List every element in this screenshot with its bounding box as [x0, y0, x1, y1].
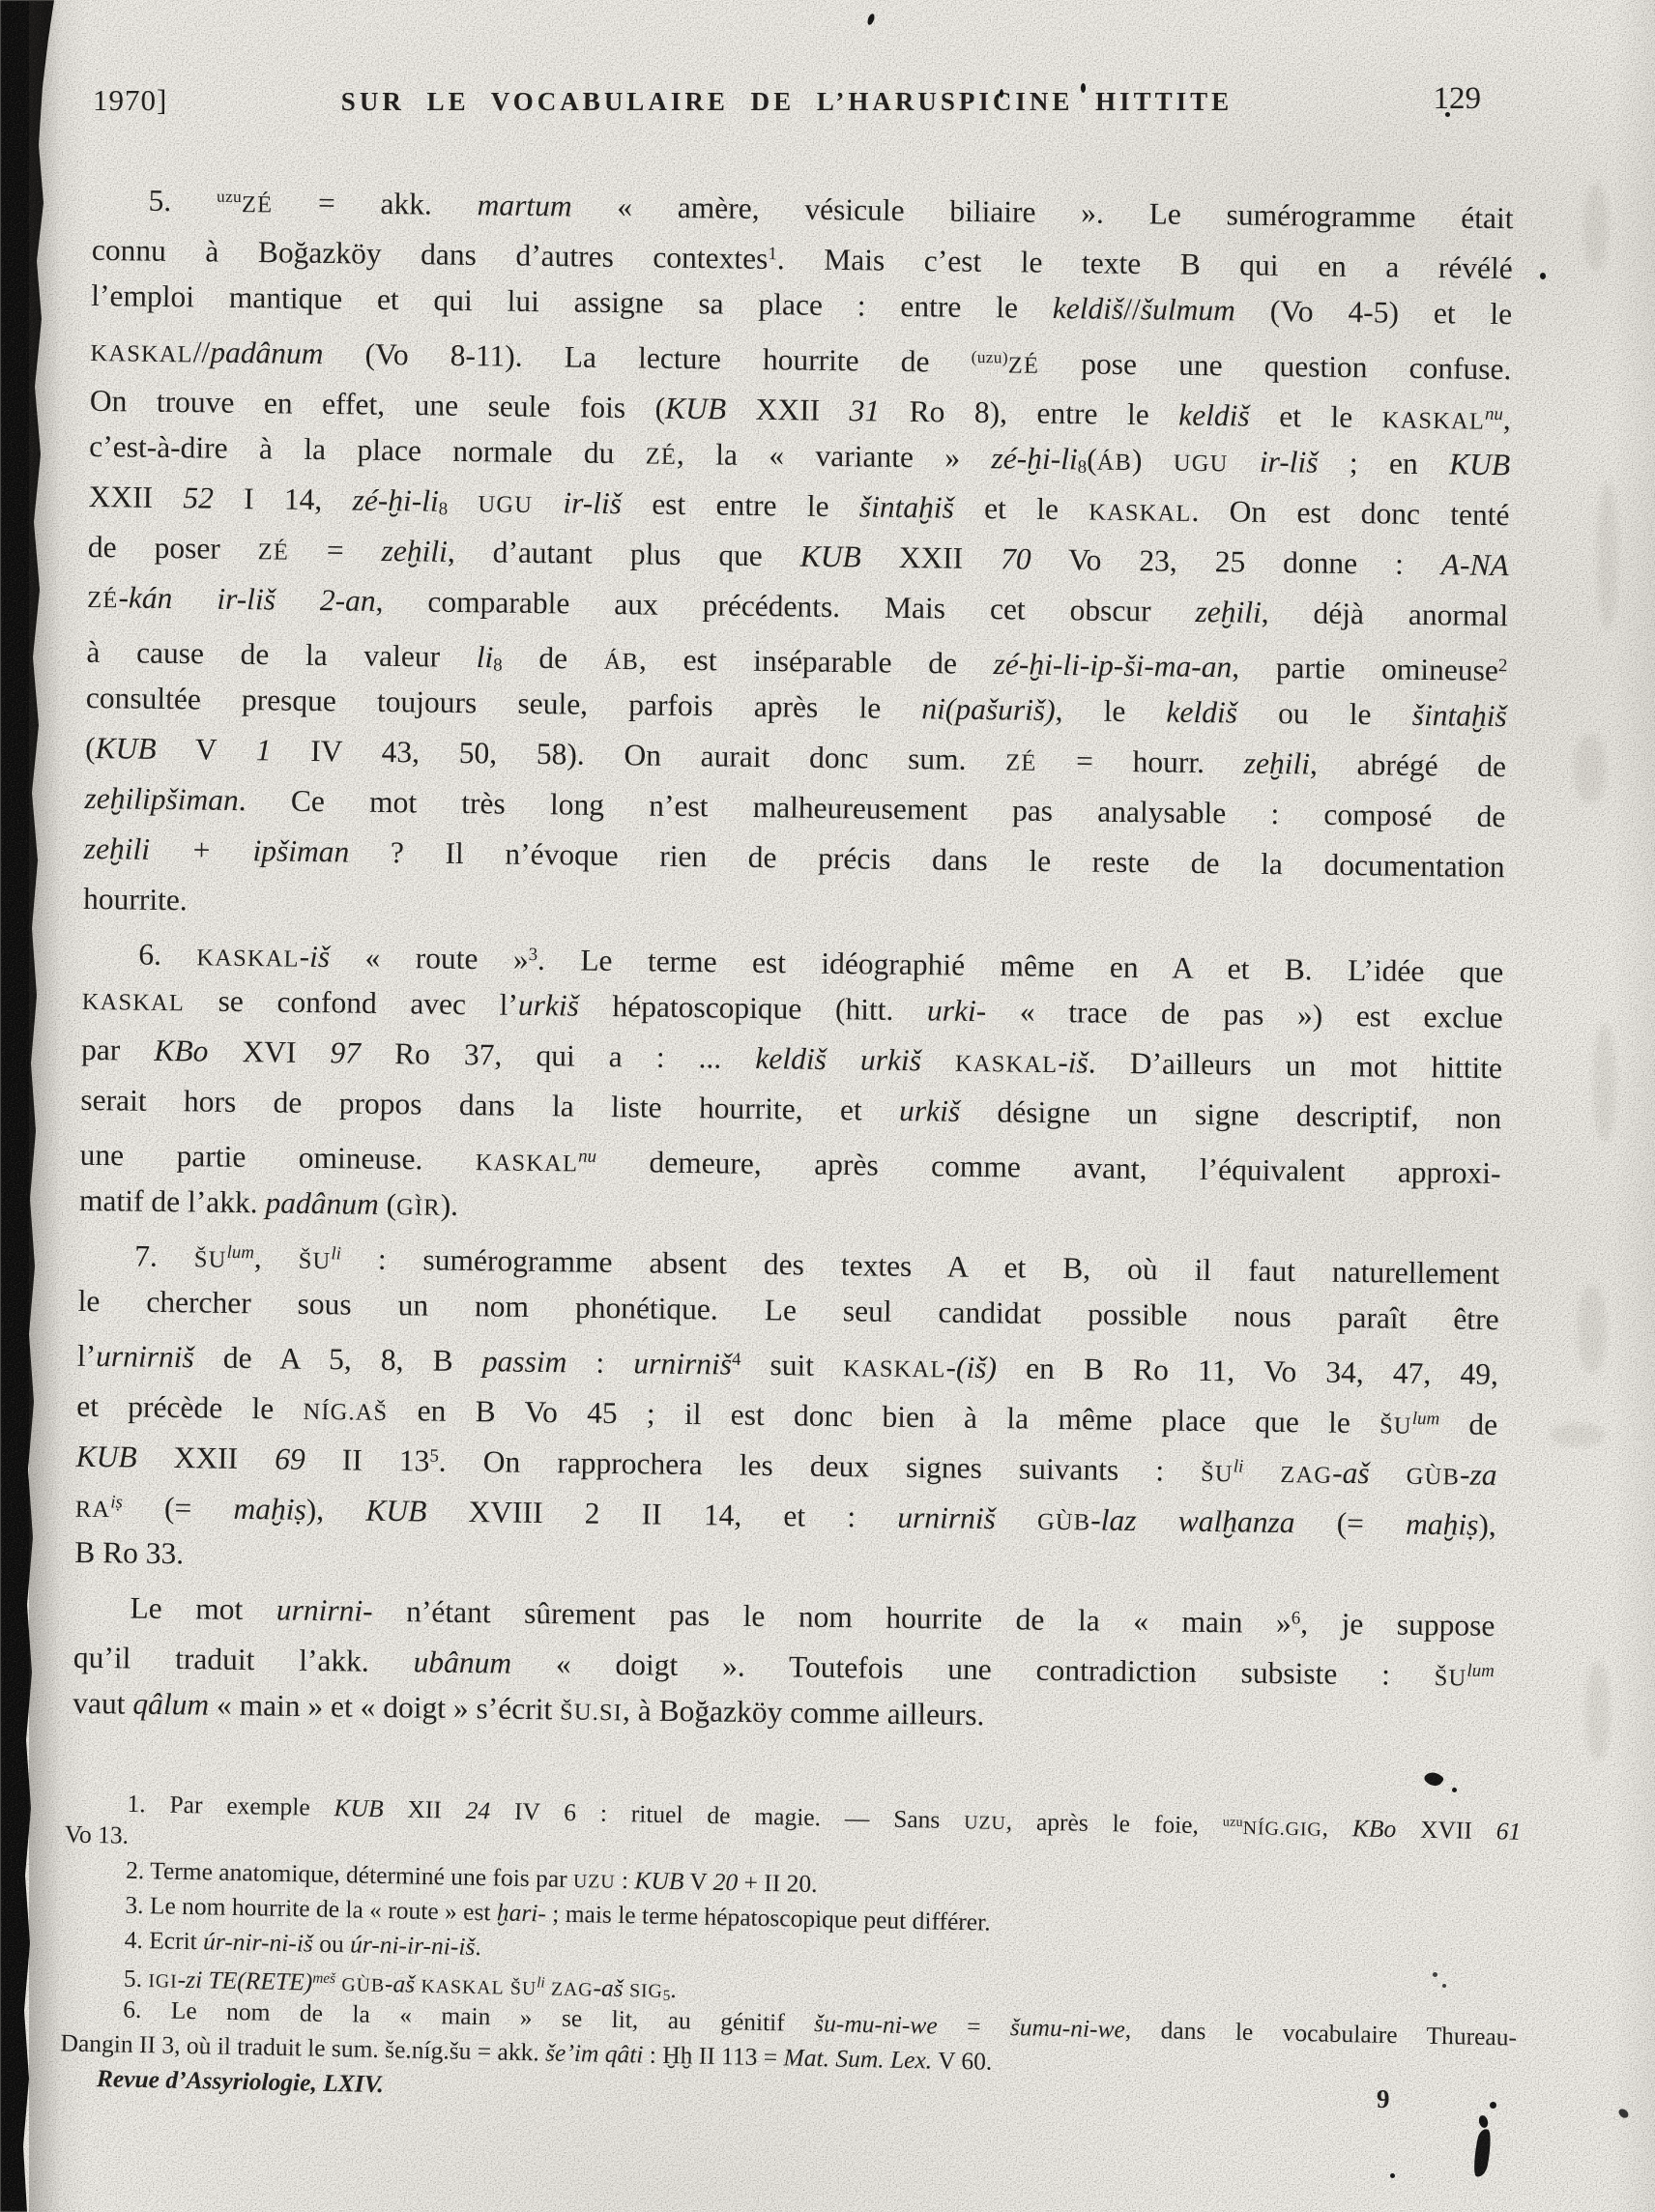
bleedthrough-smudge — [1585, 1663, 1611, 1760]
header-year: 1970] — [93, 83, 167, 118]
paragraph-6: 6. KASKAL-iš « route »3. Le terme est id… — [79, 924, 1504, 1244]
ink-speck — [1433, 1972, 1437, 1977]
bleedthrough-smudge — [1578, 1286, 1607, 1373]
bleedthrough-smudge — [1583, 184, 1609, 271]
ink-dot — [1490, 2102, 1496, 2109]
ink-speck — [1081, 83, 1086, 93]
header-running-title: SUR LE VOCABULAIRE DE L’HARUSPICINE HITT… — [341, 87, 1233, 117]
ink-speck — [866, 13, 876, 25]
ink-speck — [1445, 112, 1450, 117]
ink-speck — [1442, 1984, 1446, 1988]
bleedthrough-smudge — [1597, 483, 1618, 628]
bleedthrough-smudge — [1574, 735, 1607, 802]
header-page-number: 129 — [1434, 81, 1482, 117]
bleedthrough-smudge — [1593, 1025, 1616, 1141]
ink-speck — [1390, 2173, 1395, 2178]
paragraph-8: Le mot urnirni- n’étant sûrement pas le … — [73, 1578, 1495, 1747]
paragraph-7: 7. ŠUlum, ŠUli : sumérogramme absent des… — [74, 1226, 1500, 1596]
ink-mark-arrow — [1423, 1768, 1445, 1790]
paragraph-5: 5. uzuZÉ = akk. martum « amère, vésicule… — [83, 170, 1514, 943]
right-edge-shade — [1612, 0, 1655, 2212]
article-body: 5. uzuZÉ = akk. martum « amère, vésicule… — [73, 170, 1514, 1747]
ink-speck — [1540, 273, 1546, 279]
footnotes-block: 1. Par exemple KUB XII 24 IV 6 : rituel … — [86, 1783, 1521, 2125]
sheet-signature-number: 9 — [1377, 2084, 1390, 2114]
bleedthrough-smudge — [1551, 1423, 1605, 1446]
ink-speck — [1452, 1788, 1457, 1792]
scanned-page: 1970] SUR LE VOCABULAIRE DE L’HARUSPICIN… — [0, 0, 1655, 2212]
page-header: 1970] SUR LE VOCABULAIRE DE L’HARUSPICIN… — [93, 81, 1481, 124]
book-binding-shadow-bar — [0, 0, 56, 2212]
ink-squiggle — [1471, 2128, 1494, 2178]
ink-speck — [1000, 89, 1003, 98]
